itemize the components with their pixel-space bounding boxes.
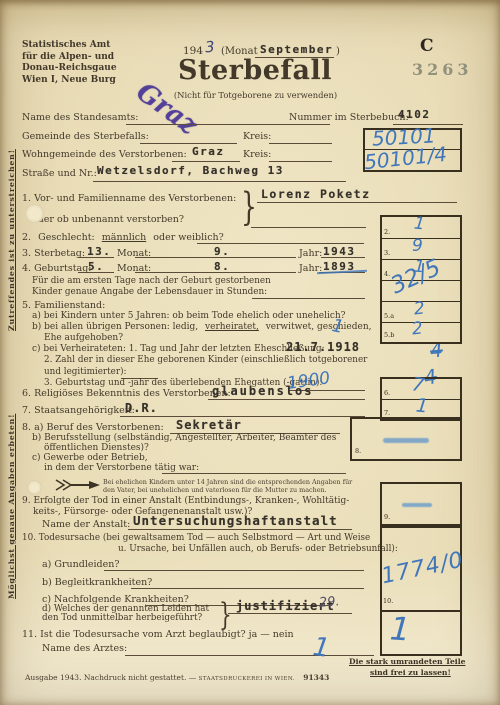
item2-choice-underlined: männlich [102,232,146,243]
item5c2-label: 2. Zahl der in dieser Ehe geborenen Kind… [44,355,367,365]
box-row-value: 2 [411,318,424,339]
item8c-label: c) Gewerbe oder Betrieb, [32,453,148,463]
kreis-label: Kreis: [243,131,271,142]
gemeinde-label: Gemeinde des Sterbefalls: [22,131,149,142]
thick-box-note-line1: Die stark umrandeten Teile [349,657,465,666]
agency-line: Wien I, Neue Burg [22,75,117,87]
form-title: Sterbefall [170,55,340,86]
field-line [269,143,332,144]
box-row-value: 1 [415,394,429,417]
arzt-hand-mark: 1 [311,632,332,664]
box-label: 9. [384,513,390,521]
brace-glyph: } [219,595,232,632]
item5b-label2: verwitwet, geschieden, [266,322,372,332]
box-label: 10. [383,597,393,605]
field-line [104,570,364,571]
agency-block: Statistisches Amt für die Alpen- und Don… [22,40,117,86]
item8c-label2: in dem der Verstorbene tätig war: [44,463,199,473]
standesamt-label: Name des Standesamts: [22,112,138,123]
series-letter: C [420,36,434,56]
item10-label2: u. Ursache, bei Unfällen auch, ob Berufs… [118,544,398,554]
field-line [208,399,365,400]
field-line [251,227,366,228]
field-line [172,161,240,162]
item5b-label: b) bei allen übrigen Personen: ledig, [32,322,198,332]
item8b-label2: öffentlichen Dienstes)? [44,443,149,453]
strasse-value: Wetzelsdorf, Bachweg 13 [97,164,284,177]
field-line [252,298,365,299]
jahr-label: Jahr: [299,248,322,259]
item8a-label: 8. a) Beruf des Verstorbenen: [22,422,164,433]
field-line [135,272,296,273]
serial-number-stamp: 3263 [412,60,473,79]
imprint: Ausgabe 1943. Nachdruck nicht gestattet.… [25,673,329,682]
imprint-number: 91343 [303,673,329,682]
thick-box-note-line2: sind frei zu lassen! [370,668,451,677]
item10b-label: b) Begleitkrankheiten? [42,577,152,588]
cause-hand-number: 29. [319,594,341,610]
box-row-label: 2. [384,228,390,236]
item5c2-label2: und legitimierter): [44,367,126,377]
profession-value: Sekretär [176,418,242,432]
imprint-press: Staatsdruckerei in Wien. [199,676,295,682]
item4-note2: Kinder genaue Angabe der Lebensdauer in … [32,287,267,297]
item11-label: 11. Ist die Todesursache vom Arzt beglau… [22,629,294,640]
field-line [269,161,332,162]
kreis2-label: Kreis: [243,149,271,160]
year-handwritten: 3 [204,38,215,57]
death-record-form: Statistisches Amt für die Alpen- und Don… [0,0,500,705]
field-line [120,416,365,417]
box-row-value: 9 [412,236,423,256]
wohngemeinde-label: Wohngemeinde des Verstorbenen: [22,149,187,160]
strasse-label: Straße und Nr.: [22,168,97,179]
religion-value: glaubenslos [212,384,313,398]
field-line [197,243,364,244]
item1-label2: oder ob unbenannt verstorben? [32,214,184,225]
item5b-label3: Ehe aufgehoben? [44,333,123,343]
item10-label1: 10. Todesursache (bei gewaltsamem Tod — … [22,533,370,543]
imprint-text: Ausgabe 1943. Nachdruck nicht gestattet.… [25,673,196,682]
item10a-label: a) Grundleiden? [42,559,119,570]
arzt-label: Name des Arztes: [42,643,127,654]
item5b-choice-underlined: verheiratet, [205,322,259,332]
field-line [78,272,114,273]
item4-note1: Für die am ersten Tage nach der Geburt g… [32,276,271,286]
sterbebuch-label: Nummer im Sterbebuch: [289,112,409,123]
punch-hole [27,480,42,495]
field-line [228,613,352,614]
field-line [162,473,346,474]
field-line [321,257,365,258]
box-value-11: 1 [389,609,412,648]
item8b-label: b) Berufsstellung (selbständig, Angestel… [32,433,336,443]
item5c1-label: c) bei Verheirateten: 1. Tag und Jahr de… [32,344,325,354]
field-line [131,588,364,589]
field-line [126,124,330,125]
item2-label: Geschlecht: [38,232,95,243]
box-row-value: 1 [413,213,426,234]
box-row-label: 5.a [384,312,394,320]
field-line [257,202,457,203]
box-row-label: 5.b [384,331,394,339]
item5a-label: a) bei Kindern unter 5 Jahren: ob beim T… [32,311,346,321]
item3-label: 3. Sterbetag: [22,248,85,259]
item7-label: 7. Staatsangehörigkeit: [22,405,135,416]
item10d-label2: den Tod unmittelbar herbeigeführt? [42,613,202,623]
punch-hole [25,204,44,223]
margin-note-accuracy: Möglichst genaue Angaben erbeten! [7,414,16,599]
anstalt-label: Name der Anstalt: [42,519,130,530]
deceased-name-value: Lorenz Poketz [261,187,371,201]
item2-row: 2. Geschlecht: männlich oder weiblich? [22,232,224,243]
arrow-note-line1: Bei ehelichen Kindern unter 14 Jahren si… [103,478,352,486]
item2-number: 2. [22,232,31,243]
blue-pencil-smear [383,438,429,443]
field-line [135,257,296,258]
wohngemeinde-value: Graz [192,145,225,158]
item6-label: 6. Religiöses Bekenntnis des Verstorbene… [22,388,231,399]
anstalt-value: Untersuchungshaftanstalt [133,513,338,528]
box-row-label: 3. [384,249,390,257]
nationality-value: D.R. [125,401,158,415]
box-row-label: 7. [384,409,390,417]
item9-label1: 9. Erfolgte der Tod in einer Anstalt (En… [22,496,349,506]
box-label: 8. [355,447,361,455]
agency-line: Statistisches Amt [22,40,117,52]
arrow-note-line2: den Vater, bei unehelichen und vaterlose… [103,486,327,494]
item5b-row: b) bei allen übrigen Personen: ledig, ve… [32,322,372,332]
field-line [140,143,237,144]
agency-line: für die Alpen- und [22,52,117,64]
box-row-value: 2 [413,298,426,319]
brace-glyph: } [241,184,257,229]
field-line [125,655,374,656]
margin-note-underline: Zutreffendes ist zu unterstreichen! [7,149,16,331]
blue-pencil-smear [402,503,432,507]
marriage-date-value: 21.7.1918 [286,340,360,354]
field-line [93,181,346,182]
item1-label: 1. Vor- und Familienname des Verstorbene… [22,193,236,204]
item5-label: 5. Familienstand: [22,300,105,311]
box-row-label: 6. [384,389,390,397]
item2-label2: oder weiblich? [153,232,223,243]
sterbebuch-value: 4102 [398,108,431,121]
agency-line: Donau-Reichsgaue [22,63,117,75]
field-line [78,257,114,258]
field-line [128,529,352,530]
arrow-icon [55,479,101,491]
